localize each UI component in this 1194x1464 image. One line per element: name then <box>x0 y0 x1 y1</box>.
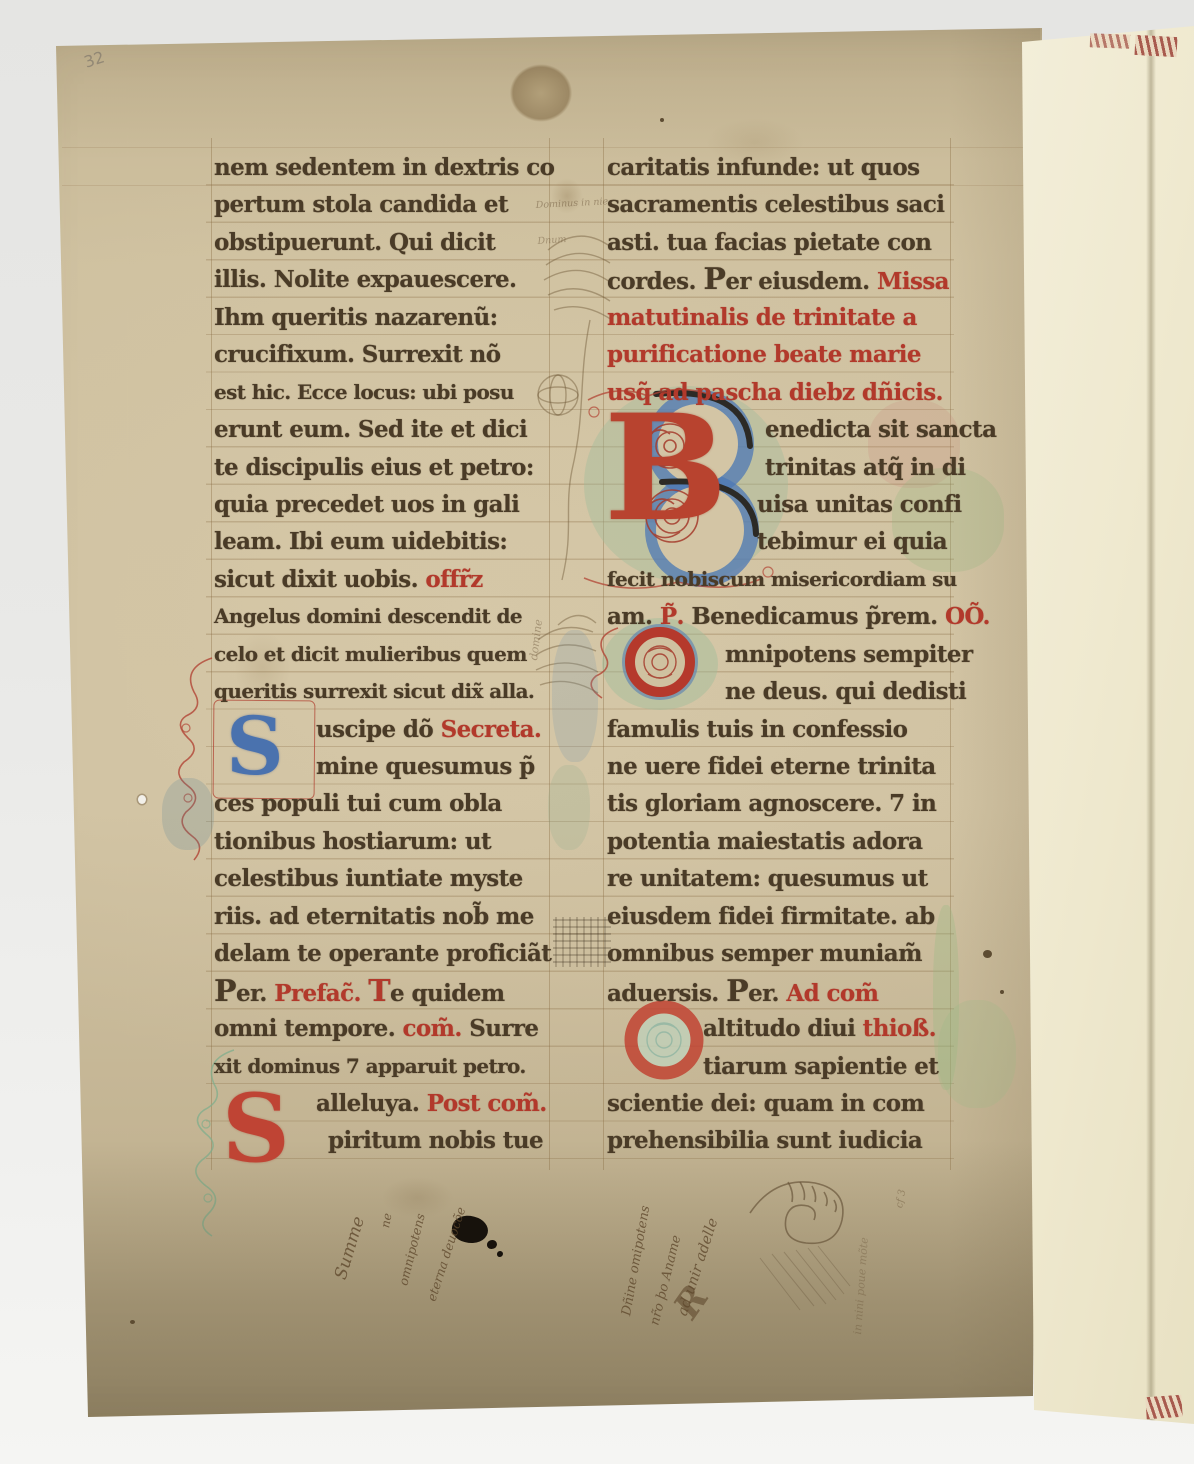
text-ink: est hic. Ecce locus: ubi posu <box>214 380 514 404</box>
text-line: Ihm queritis nazarenũ: <box>214 299 552 336</box>
text-rubric: P̃. <box>660 603 692 630</box>
text-line: mnipotens sempiter <box>607 636 957 673</box>
text-ink: Surre <box>469 1015 538 1042</box>
text-line: cordes. Per eiusdem. Missa <box>607 261 957 298</box>
text-line: eiusdem fidei firmitate. ab <box>607 898 957 935</box>
text-ink: pertum stola candida et <box>214 191 508 218</box>
binding-cloth <box>1090 33 1130 48</box>
text-ink: obstipuerunt. Qui dicit <box>214 229 495 256</box>
text-ink: leam. Ibi eum uidebitis: <box>214 528 507 555</box>
text-column-right: caritatis infunde: ut quossacramentis ce… <box>607 149 957 1160</box>
text-line: Angelus domini descendit de <box>214 598 552 635</box>
text-line: nem sedentem in dextris co <box>214 149 552 186</box>
text-rubric: usq̃ ad pascha diebz dñicis. <box>607 379 943 406</box>
guard-leaf <box>1022 26 1194 1424</box>
text-rubric: Ad com̃ <box>786 980 878 1007</box>
text-line: leam. Ibi eum uidebitis: <box>214 523 552 560</box>
text-line: uscipe dõ Secreta. <box>214 711 552 748</box>
text-ink: celestibus iuntiate myste <box>214 865 523 892</box>
speck <box>1000 990 1004 994</box>
text-line: usq̃ ad pascha diebz dñicis. <box>607 374 957 411</box>
text-line: pertum stola candida et <box>214 186 552 223</box>
text-line: trinitas atq̃ in di <box>607 449 957 486</box>
text-ink: tebimur ei quia <box>757 528 947 555</box>
text-line: sacramentis celestibus saci <box>607 186 957 223</box>
text-ink: uisa unitas confi <box>757 491 961 518</box>
guard-leaf-crease <box>1146 26 1156 1424</box>
pigment-offset <box>552 630 598 762</box>
text-line: purificatione beate marie <box>607 336 957 373</box>
text-line: riis. ad eternitatis nob̃ me <box>214 898 552 935</box>
text-ink: ces populi tui cum obla <box>214 790 502 817</box>
binding-cloth <box>1135 35 1178 57</box>
text-line: celestibus iuntiate myste <box>214 860 552 897</box>
text-line: xit dominus 7 apparuit petro. <box>214 1048 552 1085</box>
text-rubric: T <box>368 974 390 1009</box>
text-rubric: P <box>703 262 725 297</box>
text-line: delam te operante proficiãt <box>214 935 552 972</box>
text-line: ne uere fidei eterne trinita <box>607 748 957 785</box>
text-line: sicut dixit uobis. offr̃z <box>214 561 552 598</box>
binding-cloth <box>1145 1395 1182 1419</box>
text-ink: mnipotens sempiter <box>725 641 972 668</box>
edge-vignette <box>0 0 1194 1464</box>
text-ink: piritum nobis tue <box>328 1127 543 1154</box>
text-ink: er. <box>748 980 786 1007</box>
text-ink: cordes. <box>607 268 703 295</box>
text-rubric: Missa <box>877 268 949 295</box>
text-ink: Angelus domini descendit de <box>214 604 522 628</box>
text-ink: ne deus. qui dedisti <box>725 678 966 705</box>
text-rubric: OÕ. <box>945 603 990 630</box>
text-ink: Benedicamus p̃rem. <box>691 603 945 630</box>
text-line: celo et dicit mulieribus quem <box>214 636 552 673</box>
text-line: omnibus semper muniam̃ <box>607 935 957 972</box>
text-ink: tionibus hostiarum: ut <box>214 828 491 855</box>
text-line: scientie dei: quam in com <box>607 1085 957 1122</box>
text-line: erunt eum. Sed ite et dici <box>214 411 552 448</box>
parchment-leaf: S B <box>0 0 1194 1464</box>
text-ink: alleluya. <box>316 1090 427 1117</box>
text-ink: nem sedentem in dextris co <box>214 154 554 181</box>
text-rubric: com̃. <box>403 1015 470 1042</box>
worm-hole <box>138 795 146 804</box>
manuscript-photo: S B <box>0 0 1194 1464</box>
text-line: re unitatem: quesumus ut <box>607 860 957 897</box>
pen-trial-note: ne <box>378 1212 394 1229</box>
text-line: tis gloriam agnoscere. 7 in <box>607 785 957 822</box>
text-ink: tis gloriam agnoscere. 7 in <box>607 790 936 817</box>
text-line: mine quesumus p̃ <box>214 748 552 785</box>
text-ink: enedicta sit sancta <box>765 416 996 443</box>
pen-trial-note: Dnum <box>537 234 567 247</box>
text-line: illis. Nolite expauescere. <box>214 261 552 298</box>
text-line: obstipuerunt. Qui dicit <box>214 224 552 261</box>
text-ink: scientie dei: quam in com <box>607 1090 924 1117</box>
text-line: am. P̃. Benedicamus p̃rem. OÕ. <box>607 598 957 635</box>
text-line: potentia maiestatis adora <box>607 823 957 860</box>
text-ink: e quidem <box>390 980 504 1007</box>
pigment-offset <box>162 778 214 850</box>
speck <box>660 118 664 122</box>
text-ink: sicut dixit uobis. <box>214 566 425 593</box>
text-ink: fecit nobiscum misericordiam su <box>607 567 957 591</box>
pigment-offset <box>548 765 590 850</box>
text-rubric: Prefac̃. <box>274 980 368 1007</box>
text-line: ces populi tui cum obla <box>214 785 552 822</box>
text-ink: ne uere fidei eterne trinita <box>607 753 936 780</box>
text-ink: trinitas atq̃ in di <box>765 454 966 481</box>
text-ink: altitudo diui <box>703 1015 863 1042</box>
text-ink: eiusdem fidei firmitate. ab <box>607 903 935 930</box>
text-line: prehensibilia sunt iudicia <box>607 1122 957 1159</box>
text-column-left: nem sedentem in dextris copertum stola c… <box>214 149 552 1160</box>
text-ink: omni tempore. <box>214 1015 403 1042</box>
text-rubric: thioß. <box>863 1015 936 1042</box>
text-ink: tiarum sapientie et <box>703 1053 938 1080</box>
text-line: tebimur ei quia <box>607 523 957 560</box>
text-line: piritum nobis tue <box>214 1122 552 1159</box>
text-ink: er. <box>236 980 274 1007</box>
speck <box>130 1320 135 1324</box>
text-ink: riis. ad eternitatis nob̃ me <box>214 903 534 930</box>
text-ink: caritatis infunde: ut quos <box>607 154 919 181</box>
text-ink: queritis surrexit sicut dix̃ alla. <box>214 679 534 703</box>
text-ink: famulis tuis in confessio <box>607 716 907 743</box>
text-rubric: P <box>214 974 236 1009</box>
text-ink: celo et dicit mulieribus quem <box>214 642 527 666</box>
text-line: alleluya. Post com̃. <box>214 1085 552 1122</box>
text-line: asti. tua facias pietate con <box>607 224 957 261</box>
text-line: crucifixum. Surrexit nõ <box>214 336 552 373</box>
text-ink: prehensibilia sunt iudicia <box>607 1127 922 1154</box>
text-line: quia precedet uos in gali <box>214 486 552 523</box>
text-line: uisa unitas confi <box>607 486 957 523</box>
text-ink: asti. tua facias pietate con <box>607 229 931 256</box>
text-ink: potentia maiestatis adora <box>607 828 922 855</box>
text-ink: aduersis. <box>607 980 726 1007</box>
text-ink: am. <box>607 603 660 630</box>
text-line: altitudo diui thioß. <box>607 1010 957 1047</box>
text-ink: quia precedet uos in gali <box>214 491 519 518</box>
text-ink: sacramentis celestibus saci <box>607 191 944 218</box>
text-line: omni tempore. com̃. Surre <box>214 1010 552 1047</box>
text-ink: Ihm queritis nazarenũ: <box>214 304 498 331</box>
text-rubric: Secreta. <box>441 716 542 743</box>
text-line: ne deus. qui dedisti <box>607 673 957 710</box>
text-line: te discipulis eius et petro: <box>214 449 552 486</box>
text-line: tiarum sapientie et <box>607 1048 957 1085</box>
text-line: matutinalis de trinitate a <box>607 299 957 336</box>
text-line: tionibus hostiarum: ut <box>214 823 552 860</box>
text-rubric: P <box>726 974 748 1009</box>
text-rubric: purificatione beate marie <box>607 341 921 368</box>
text-ink: uscipe dõ <box>316 716 441 743</box>
text-line: queritis surrexit sicut dix̃ alla. <box>214 673 552 710</box>
text-ink: re unitatem: quesumus ut <box>607 865 928 892</box>
text-ink: er eiusdem. <box>725 268 877 295</box>
speck <box>983 950 992 958</box>
text-line: aduersis. Per. Ad com̃ <box>607 973 957 1010</box>
text-line: enedicta sit sancta <box>607 411 957 448</box>
text-ink: mine quesumus p̃ <box>316 753 535 780</box>
text-line: Per. Prefac̃. Te quidem <box>214 973 552 1010</box>
text-ink: te discipulis eius et petro: <box>214 454 534 481</box>
text-ink: illis. Nolite expauescere. <box>214 266 516 293</box>
text-line: fecit nobiscum misericordiam su <box>607 561 957 598</box>
text-ink: omnibus semper muniam̃ <box>607 940 922 967</box>
text-rubric: matutinalis de trinitate a <box>607 304 917 331</box>
text-line: famulis tuis in confessio <box>607 711 957 748</box>
text-rubric: offr̃z <box>425 566 482 593</box>
text-ink: delam te operante proficiãt <box>214 940 551 967</box>
text-ink: crucifixum. Surrexit nõ <box>214 341 501 368</box>
text-line: caritatis infunde: ut quos <box>607 149 957 186</box>
text-rubric: Post com̃. <box>427 1090 547 1117</box>
text-ink: xit dominus 7 apparuit petro. <box>214 1054 526 1078</box>
text-line: est hic. Ecce locus: ubi posu <box>214 374 552 411</box>
text-ink: erunt eum. Sed ite et dici <box>214 416 527 443</box>
